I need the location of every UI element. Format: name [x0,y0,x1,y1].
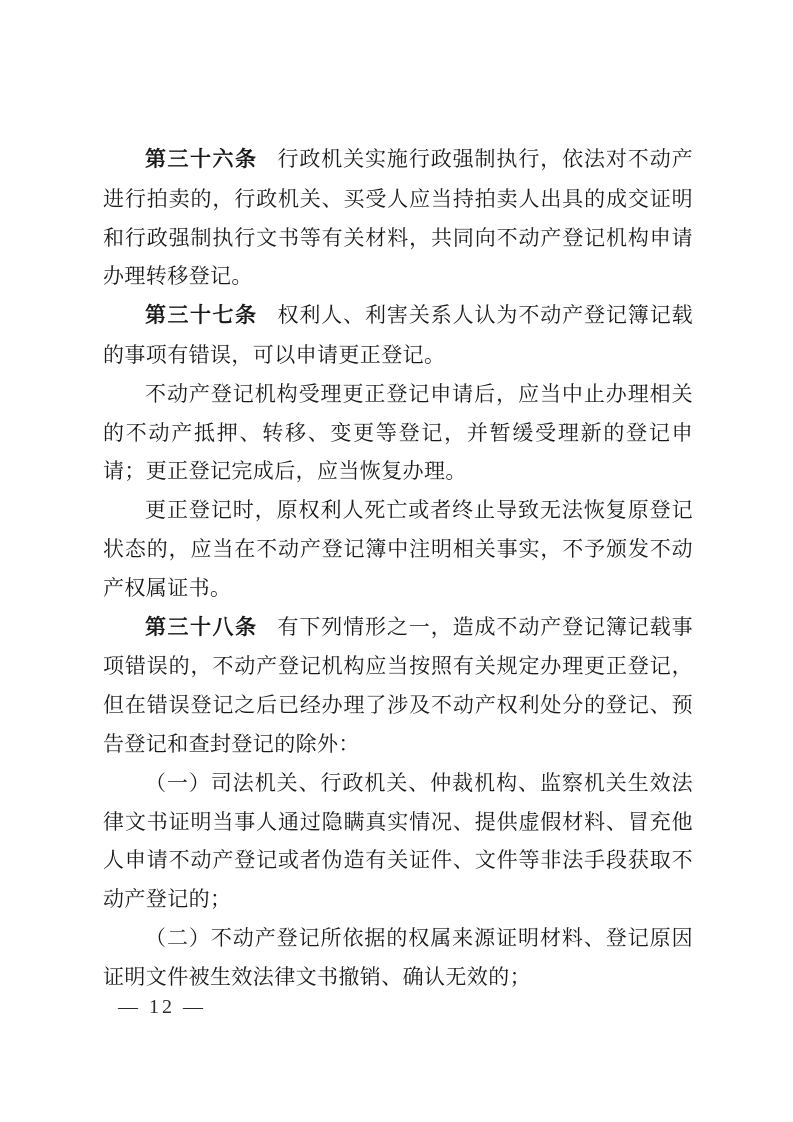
article-number: 第三十八条 [145,616,258,639]
paragraph-text: 不动产登记机构受理更正登记申请后，应当中止办理相关的不动产抵押、转移、变更等登记… [103,382,693,484]
paragraph-3: 不动产登记机构受理更正登记申请后，应当中止办理相关的不动产抵押、转移、变更等登记… [103,375,693,491]
page-number: — 12 — [118,996,206,1018]
document-body: 第三十六条行政机关实施行政强制执行，依法对不动产进行拍卖的，行政机关、买受人应当… [103,140,693,997]
paragraph-5: 第三十八条有下列情形之一，造成不动产登记簿记载事项错误的，不动产登记机构应当按照… [103,608,693,764]
article-number: 第三十六条 [145,148,258,171]
article-number: 第三十七条 [145,304,258,327]
paragraph-text: 更正登记时，原权利人死亡或者终止导致无法恢复原登记状态的，应当在不动产登记簿中注… [103,498,693,600]
page-footer: — 12 — [118,993,206,1021]
paragraph-text: （一）司法机关、行政机关、仲裁机构、监察机关生效法律文书证明当事人通过隐瞒真实情… [103,771,693,911]
paragraph-4: 更正登记时，原权利人死亡或者终止导致无法恢复原登记状态的，应当在不动产登记簿中注… [103,491,693,607]
paragraph-1: 第三十六条行政机关实施行政强制执行，依法对不动产进行拍卖的，行政机关、买受人应当… [103,140,693,296]
paragraph-text: （二）不动产登记所依据的权属来源证明材料、登记原因证明文件被生效法律文书撤销、确… [103,926,693,989]
paragraph-7: （二）不动产登记所依据的权属来源证明材料、登记原因证明文件被生效法律文书撤销、确… [103,919,693,997]
paragraph-2: 第三十七条权利人、利害关系人认为不动产登记簿记载的事项有错误，可以申请更正登记。 [103,296,693,375]
paragraph-6: （一）司法机关、行政机关、仲裁机构、监察机关生效法律文书证明当事人通过隐瞒真实情… [103,764,693,919]
document-page: 第三十六条行政机关实施行政强制执行，依法对不动产进行拍卖的，行政机关、买受人应当… [0,0,793,1122]
